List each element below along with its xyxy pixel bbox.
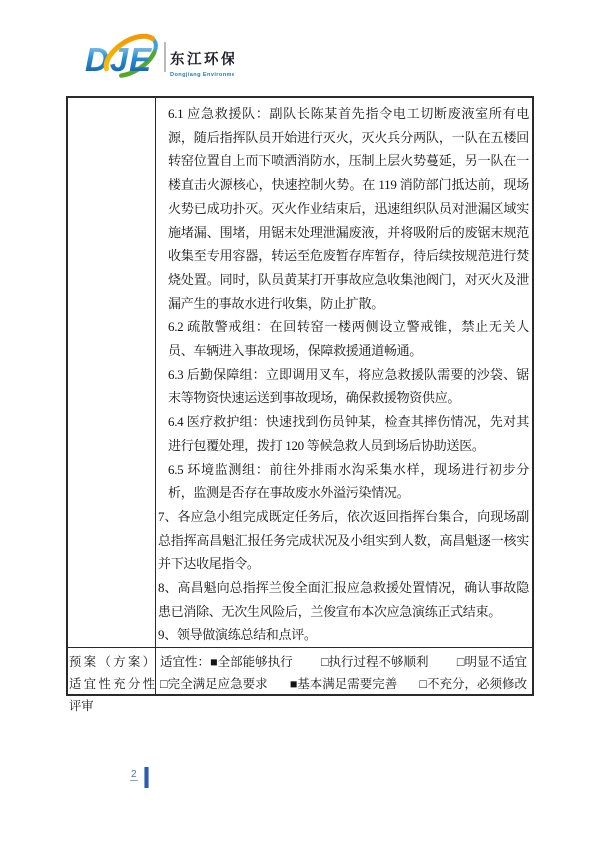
paragraph-6-5: 6.5 环境监测组：前往外排雨水沟采集水样，现场进行初步分析，监测是否存在事故废… <box>168 458 529 505</box>
logo-name-cn: 东江环保 <box>170 50 234 68</box>
review-line-suitability: 适宜性：■全部能够执行 □执行过程不够顺利 □明显不适宜 <box>160 651 527 673</box>
review-option: ■基本满足需要完善 <box>290 673 398 695</box>
drill-process-cell: 6.1 应急救援队：副队长陈某首先指令电工切断废液室所有电源，随后指挥队员开始进… <box>156 98 532 647</box>
text-cursor <box>144 767 149 788</box>
checkbox-unchecked-icon: □ <box>419 677 427 691</box>
paragraph-7: 7、各应急小组完成既定任务后，依次返回指挥台集合，向现场副总指挥高昌魁汇报任务完… <box>158 505 529 576</box>
left-column-empty-cell <box>68 98 156 647</box>
drill-record-table: 6.1 应急救援队：副队长陈某首先指令电工切断废液室所有电源，随后指挥队员开始进… <box>66 96 534 696</box>
checkbox-label: 完全满足应急要求 <box>168 677 268 691</box>
review-option-group: 适宜性：■全部能够执行 <box>160 651 293 673</box>
review-label-cell: 预案（方案）适宜性充分性评审 <box>68 647 156 695</box>
logo-name-en: Dongjiang Environment <box>170 72 234 78</box>
checkbox-unchecked-icon: □ <box>160 677 168 691</box>
paragraph-8: 8、高昌魁向总指挥兰俊全面汇报应急救援处置情况，确认事故隐患已消除、无次生风险后… <box>158 576 529 623</box>
company-logo: DJE 东江环保 Dongjiang Environment <box>84 33 234 83</box>
document-page: DJE 东江环保 Dongjiang Environment 6.1 应急救援队… <box>0 0 600 849</box>
page-number: 2 <box>130 769 138 781</box>
checkbox-label: 不充分，必须修改 <box>427 677 527 691</box>
checkbox-unchecked-icon: □ <box>321 655 329 669</box>
review-prefix-label: 适宜性： <box>160 655 210 669</box>
checkbox-label: 基本满足需要完善 <box>297 677 397 691</box>
review-option: □明显不适宜 <box>457 651 527 673</box>
paragraph-6-1: 6.1 应急救援队：副队长陈某首先指令电工切断废液室所有电源，随后指挥队员开始进… <box>168 102 529 315</box>
checkbox-label: 明显不适宜 <box>464 655 527 669</box>
logo-graphic: DJE 东江环保 Dongjiang Environment <box>84 33 234 83</box>
review-line-adequacy: □完全满足应急要求 ■基本满足需要完善 □不充分，必须修改 <box>160 673 527 695</box>
review-option: □不充分，必须修改 <box>419 673 527 695</box>
paragraph-6-2: 6.2 疏散警戒组：在回转窑一楼两侧设立警戒锥，禁止无关人员、车辆进入事故现场，… <box>168 315 529 362</box>
review-option: □执行过程不够顺利 <box>321 651 429 673</box>
review-option: □完全满足应急要求 <box>160 673 268 695</box>
review-options-cell: 适宜性：■全部能够执行 □执行过程不够顺利 □明显不适宜 □完全满足应急要求 ■… <box>156 647 532 695</box>
paragraph-6-3: 6.3 后勤保障组：立即调用叉车，将应急救援队需要的沙袋、锯末等物资快速运送到事… <box>168 363 529 410</box>
review-row-label: 预案（方案）适宜性充分性评审 <box>69 655 155 713</box>
review-option: ■全部能够执行 <box>210 655 293 669</box>
checkbox-label: 全部能够执行 <box>218 655 293 669</box>
checkbox-checked-icon: ■ <box>210 655 218 669</box>
paragraph-6-4: 6.4 医疗救护组：快速找到伤员钟某，检查其摔伤情况，先对其进行包覆处理，拨打 … <box>168 410 529 457</box>
checkbox-label: 执行过程不够顺利 <box>329 655 429 669</box>
paragraph-9: 9、领导做演练总结和点评。 <box>158 623 529 647</box>
